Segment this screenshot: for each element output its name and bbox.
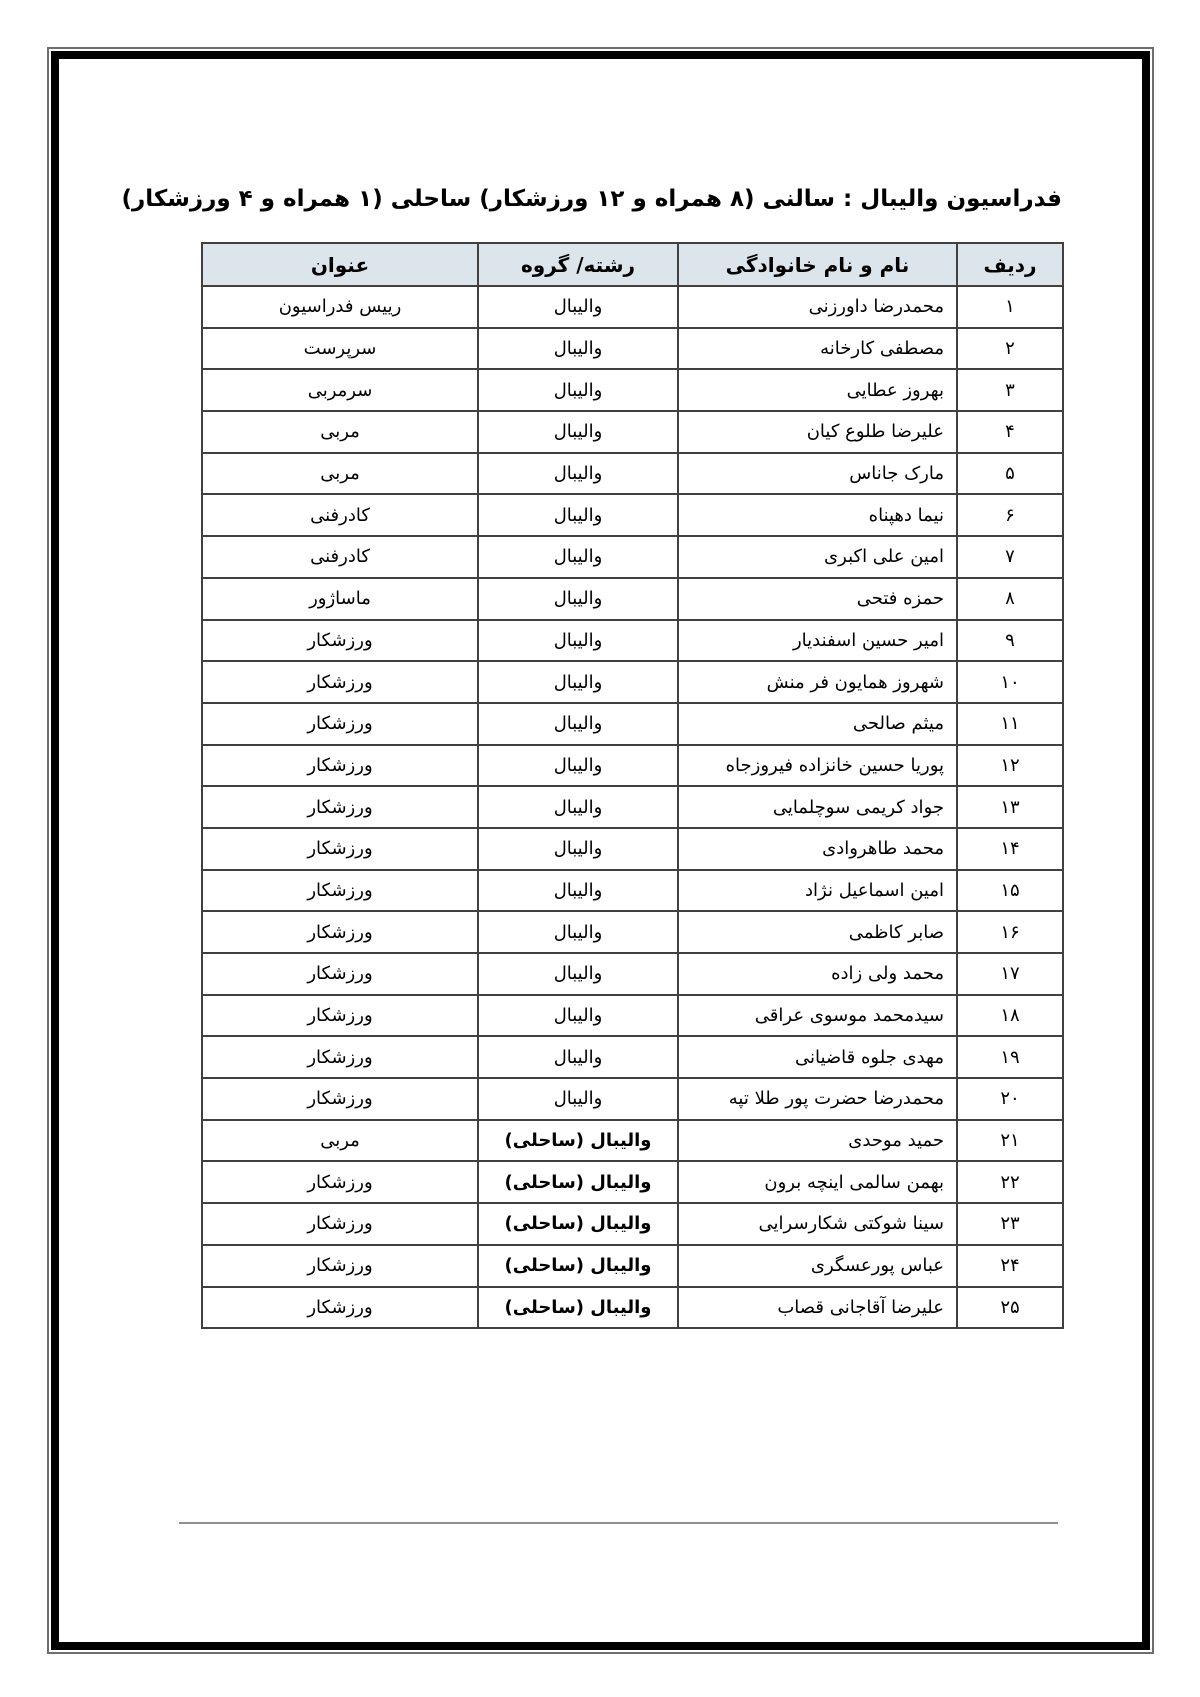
title-cell: ورزشکار [202,911,478,953]
full-name-cell: امیر حسین اسفندیار [678,620,957,662]
title-cell: مربی [202,411,478,453]
discipline-group-cell: والیبال [478,828,678,870]
discipline-group-cell: والیبال [478,703,678,745]
discipline-group-cell: والیبال [478,745,678,787]
full-name-cell: عباس پورعسگری [678,1245,957,1287]
discipline-group-cell: والیبال [478,1078,678,1120]
title-cell: ورزشکار [202,953,478,995]
table-row: ۲۳سینا شوکتی شکارسراییوالیبال (ساحلی)ورز… [202,1203,1063,1245]
col-header-discipline-group: رشته/ گروه [478,243,678,286]
table-row: ۲۱حمید موحدیوالیبال (ساحلی)مربی [202,1120,1063,1162]
row-number-cell: ۲۲ [957,1161,1063,1203]
full-name-cell: میثم صالحی [678,703,957,745]
row-number-cell: ۱۸ [957,995,1063,1037]
title-cell: سرپرست [202,328,478,370]
full-name-cell: حمزه فتحی [678,578,957,620]
row-number-cell: ۱۲ [957,745,1063,787]
row-number-cell: ۴ [957,411,1063,453]
full-name-cell: بهمن سالمی اینچه برون [678,1161,957,1203]
discipline-group-cell: والیبال [478,578,678,620]
table-row: ۲مصطفی کارخانهوالیبالسرپرست [202,328,1063,370]
full-name-cell: محمدرضا حضرت پور طلا تپه [678,1078,957,1120]
table-row: ۱۰شهروز همایون فر منشوالیبالورزشکار [202,661,1063,703]
table-row: ۹امیر حسین اسفندیاروالیبالورزشکار [202,620,1063,662]
col-header-title: عنوان [202,243,478,286]
full-name-cell: سینا شوکتی شکارسرایی [678,1203,957,1245]
row-number-cell: ۸ [957,578,1063,620]
full-name-cell: پوریا حسین خانزاده فیروزجاه [678,745,957,787]
full-name-cell: مارک جاناس [678,453,957,495]
row-number-cell: ۱۳ [957,786,1063,828]
row-number-cell: ۱ [957,286,1063,328]
title-cell: رییس فدراسیون [202,286,478,328]
table-row: ۱محمدرضا داورزنیوالیبالرییس فدراسیون [202,286,1063,328]
full-name-cell: صابر کاظمی [678,911,957,953]
table-row: ۱۳جواد کریمی سوچلماییوالیبالورزشکار [202,786,1063,828]
table-row: ۲۵علیرضا آقاجانی قصابوالیبال (ساحلی)ورزش… [202,1287,1063,1329]
title-cell: ورزشکار [202,1036,478,1078]
discipline-group-cell: والیبال [478,369,678,411]
discipline-group-cell: والیبال [478,494,678,536]
table-row: ۱۹مهدی جلوه قاضیانیوالیبالورزشکار [202,1036,1063,1078]
document-page: { "page": { "title": "فدراسیون والیبال :… [0,0,1200,1697]
table-row: ۴علیرضا طلوع کیانوالیبالمربی [202,411,1063,453]
row-number-cell: ۲۰ [957,1078,1063,1120]
row-number-cell: ۱۷ [957,953,1063,995]
title-cell: کادرفنی [202,494,478,536]
row-number-cell: ۱۶ [957,911,1063,953]
discipline-group-cell: والیبال [478,411,678,453]
full-name-cell: امین اسماعیل نژاد [678,870,957,912]
title-cell: ورزشکار [202,745,478,787]
discipline-group-cell: والیبال (ساحلی) [478,1287,678,1329]
discipline-group-cell: والیبال [478,453,678,495]
title-cell: ورزشکار [202,786,478,828]
col-header-row-number: ردیف [957,243,1063,286]
discipline-group-cell: والیبال [478,870,678,912]
table-row: ۳بهروز عطاییوالیبالسرمربی [202,369,1063,411]
row-number-cell: ۱۴ [957,828,1063,870]
table-header-row: ردیف نام و نام خانوادگی رشته/ گروه عنوان [202,243,1063,286]
full-name-cell: نیما دهپناه [678,494,957,536]
page-title: فدراسیون والیبال : سالنی (۸ همراه و ۱۲ و… [201,186,1062,212]
discipline-group-cell: والیبال (ساحلی) [478,1245,678,1287]
full-name-cell: شهروز همایون فر منش [678,661,957,703]
full-name-cell: علیرضا طلوع کیان [678,411,957,453]
full-name-cell: محمدرضا داورزنی [678,286,957,328]
title-cell: ورزشکار [202,1203,478,1245]
title-cell: ورزشکار [202,703,478,745]
full-name-cell: حمید موحدی [678,1120,957,1162]
full-name-cell: محمد طاهروادی [678,828,957,870]
title-cell: ورزشکار [202,661,478,703]
row-number-cell: ۱۵ [957,870,1063,912]
table-row: ۱۶صابر کاظمیوالیبالورزشکار [202,911,1063,953]
table-row: ۱۷محمد ولی زادهوالیبالورزشکار [202,953,1063,995]
discipline-group-cell: والیبال [478,286,678,328]
full-name-cell: مهدی جلوه قاضیانی [678,1036,957,1078]
row-number-cell: ۳ [957,369,1063,411]
table-row: ۶نیما دهپناهوالیبالکادرفنی [202,494,1063,536]
row-number-cell: ۶ [957,494,1063,536]
footnote-separator-line [179,1522,1058,1524]
discipline-group-cell: والیبال (ساحلی) [478,1203,678,1245]
discipline-group-cell: والیبال (ساحلی) [478,1120,678,1162]
table-row: ۱۵امین اسماعیل نژادوالیبالورزشکار [202,870,1063,912]
row-number-cell: ۲۳ [957,1203,1063,1245]
row-number-cell: ۲ [957,328,1063,370]
title-cell: ورزشکار [202,1161,478,1203]
row-number-cell: ۹ [957,620,1063,662]
full-name-cell: امین علی اکبری [678,536,957,578]
title-cell: ماساژور [202,578,478,620]
title-cell: ورزشکار [202,1245,478,1287]
full-name-cell: علیرضا آقاجانی قصاب [678,1287,957,1329]
title-cell: ورزشکار [202,828,478,870]
row-number-cell: ۱۹ [957,1036,1063,1078]
discipline-group-cell: والیبال [478,1036,678,1078]
table-row: ۲۲بهمن سالمی اینچه برونوالیبال (ساحلی)ور… [202,1161,1063,1203]
row-number-cell: ۲۵ [957,1287,1063,1329]
title-cell: مربی [202,453,478,495]
title-cell: ورزشکار [202,620,478,662]
discipline-group-cell: والیبال [478,620,678,662]
title-cell: مربی [202,1120,478,1162]
title-cell: ورزشکار [202,870,478,912]
table-row: ۷امین علی اکبریوالیبالکادرفنی [202,536,1063,578]
full-name-cell: مصطفی کارخانه [678,328,957,370]
discipline-group-cell: والیبال [478,661,678,703]
row-number-cell: ۲۱ [957,1120,1063,1162]
row-number-cell: ۲۴ [957,1245,1063,1287]
roster-table: ردیف نام و نام خانوادگی رشته/ گروه عنوان… [201,242,1064,1329]
table-row: ۲۴عباس پورعسگریوالیبال (ساحلی)ورزشکار [202,1245,1063,1287]
discipline-group-cell: والیبال [478,536,678,578]
discipline-group-cell: والیبال (ساحلی) [478,1161,678,1203]
discipline-group-cell: والیبال [478,995,678,1037]
table-row: ۲۰محمدرضا حضرت پور طلا تپهوالیبالورزشکار [202,1078,1063,1120]
discipline-group-cell: والیبال [478,786,678,828]
full-name-cell: محمد ولی زاده [678,953,957,995]
title-cell: ورزشکار [202,1287,478,1329]
table-row: ۵مارک جاناسوالیبالمربی [202,453,1063,495]
row-number-cell: ۵ [957,453,1063,495]
table-row: ۱۸سیدمحمد موسوی عراقیوالیبالورزشکار [202,995,1063,1037]
title-cell: ورزشکار [202,995,478,1037]
discipline-group-cell: والیبال [478,911,678,953]
table-row: ۱۴محمد طاهروادیوالیبالورزشکار [202,828,1063,870]
table-row: ۱۱میثم صالحیوالیبالورزشکار [202,703,1063,745]
title-cell: ورزشکار [202,1078,478,1120]
table-row: ۸حمزه فتحیوالیبالماساژور [202,578,1063,620]
col-header-full-name: نام و نام خانوادگی [678,243,957,286]
row-number-cell: ۷ [957,536,1063,578]
table-row: ۱۲پوریا حسین خانزاده فیروزجاهوالیبالورزش… [202,745,1063,787]
discipline-group-cell: والیبال [478,328,678,370]
row-number-cell: ۱۱ [957,703,1063,745]
title-cell: سرمربی [202,369,478,411]
title-cell: کادرفنی [202,536,478,578]
full-name-cell: بهروز عطایی [678,369,957,411]
row-number-cell: ۱۰ [957,661,1063,703]
full-name-cell: جواد کریمی سوچلمایی [678,786,957,828]
full-name-cell: سیدمحمد موسوی عراقی [678,995,957,1037]
discipline-group-cell: والیبال [478,953,678,995]
